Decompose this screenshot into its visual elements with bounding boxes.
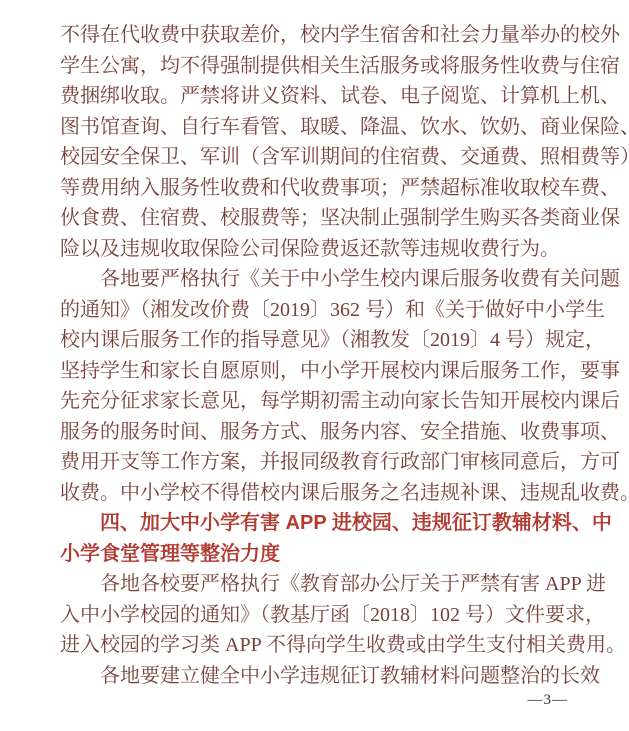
body-line: 校园安全保卫、军训（含军训期间的住宿费、交通费、照相费等） <box>60 142 605 173</box>
body-line: 各地要严格执行《关于中小学生校内课后服务收费有关问题 <box>60 264 605 295</box>
body-line: 学生公寓，均不得强制提供相关生活服务或将服务性收费与住宿 <box>60 51 605 82</box>
heading-line: 四、加大中小学有害 APP 进校园、违规征订教辅材料、中 <box>60 508 605 539</box>
page-number: —3— <box>528 691 569 709</box>
body-line: 险以及违规收取保险公司保险费返还款等违规收费行为。 <box>60 234 605 265</box>
body-line: 伙食费、住宿费、校服费等；坚决制止强制学生购买各类商业保 <box>60 203 605 234</box>
body-line: 图书馆查询、自行车看管、取暖、降温、饮水、饮奶、商业保险、 <box>60 112 605 143</box>
body-line: 的通知》（湘发改价费〔2019〕362 号）和《关于做好中小学生 <box>60 295 605 326</box>
document-body: 不得在代收费中获取差价，校内学生宿舍和社会力量举办的校外学生公寓，均不得强制提供… <box>60 20 605 691</box>
body-line: 校内课后服务工作的指导意见》（湘教发〔2019〕4 号）规定， <box>60 325 605 356</box>
body-line: 进入校园的学习类 APP 不得向学生收费或由学生支付相关费用。 <box>60 630 605 661</box>
body-line: 各地要建立健全中小学违规征订教辅材料问题整治的长效 <box>60 661 605 692</box>
body-line: 收费。中小学校不得借校内课后服务之名违规补课、违规乱收费。 <box>60 478 605 509</box>
body-line: 费用开支等工作方案，并报同级教育行政部门审核同意后，方可 <box>60 447 605 478</box>
document-page: 不得在代收费中获取差价，校内学生宿舍和社会力量举办的校外学生公寓，均不得强制提供… <box>0 0 629 731</box>
body-line: 各地各校要严格执行《教育部办公厅关于严禁有害 APP 进 <box>60 569 605 600</box>
heading-line: 小学食堂管理等整治力度 <box>60 539 605 570</box>
body-line: 服务的服务时间、服务方式、服务内容、安全措施、收费事项、 <box>60 417 605 448</box>
body-line: 等费用纳入服务性收费和代收费事项；严禁超标准收取校车费、 <box>60 173 605 204</box>
body-line: 坚持学生和家长自愿原则，中小学开展校内课后服务工作，要事 <box>60 356 605 387</box>
body-line: 先充分征求家长意见，每学期初需主动向家长告知开展校内课后 <box>60 386 605 417</box>
body-line: 入中小学校园的通知》（教基厅函〔2018〕102 号）文件要求， <box>60 600 605 631</box>
body-line: 不得在代收费中获取差价，校内学生宿舍和社会力量举办的校外 <box>60 20 605 51</box>
body-line: 费捆绑收取。严禁将讲义资料、试卷、电子阅览、计算机上机、 <box>60 81 605 112</box>
